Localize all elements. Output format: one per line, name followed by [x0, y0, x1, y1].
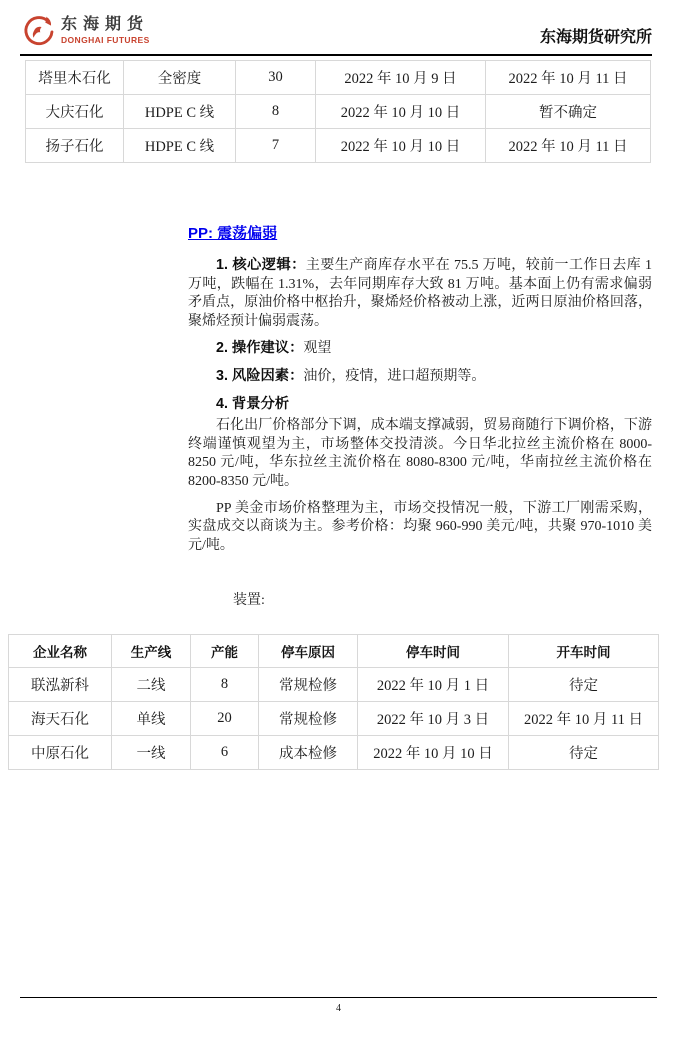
operation-advice-item: 2. 操作建议：观望 [188, 339, 652, 359]
column-header: 产能 [191, 635, 259, 668]
table-cell: 待定 [509, 668, 659, 702]
page-footer: 4 [20, 997, 657, 1016]
brand-name-en: DONGHAI FUTURES [61, 36, 150, 45]
table-row: 海天石化单线20常规检修2022 年 10 月 3 日2022 年 10 月 1… [9, 702, 659, 736]
table-cell: 20 [191, 702, 259, 736]
table-cell: HDPE C 线 [124, 95, 236, 129]
table-cell: 2022 年 10 月 1 日 [358, 668, 509, 702]
column-header: 停车原因 [259, 635, 358, 668]
table-row: 大庆石化HDPE C 线82022 年 10 月 10 日暂不确定 [26, 95, 651, 129]
background-analysis-item: 4. 背景分析 [188, 395, 652, 415]
table-cell: 常规检修 [259, 668, 358, 702]
brand-logo: 东海期货 DONGHAI FUTURES [20, 13, 150, 49]
table-cell: 2022 年 10 月 11 日 [509, 702, 659, 736]
table-cell: 单线 [112, 702, 191, 736]
column-header: 企业名称 [9, 635, 112, 668]
table-cell: HDPE C 线 [124, 129, 236, 163]
table-cell: 海天石化 [9, 702, 112, 736]
donghai-phoenix-logo-icon [20, 13, 56, 49]
operation-advice-label: 2. 操作建议： [216, 340, 303, 356]
risk-factor-item: 3. 风险因素：油价，疫情，进口超预期等。 [188, 367, 652, 387]
column-header: 生产线 [112, 635, 191, 668]
core-logic-item: 1. 核心逻辑：主要生产商库存水平在 75.5 万吨，较前一工作日去库 1 万吨… [188, 256, 652, 331]
device-label: 装置: [233, 589, 652, 609]
table-cell: 7 [236, 129, 316, 163]
table-cell: 塔里木石化 [26, 61, 124, 95]
table-cell: 扬子石化 [26, 129, 124, 163]
table-cell: 8 [236, 95, 316, 129]
table-cell: 全密度 [124, 61, 236, 95]
background-paragraph-domestic: 石化出厂价格部分下调，成本端支撑减弱，贸易商随行下调价格，下游终端谨慎观望为主，… [188, 417, 652, 491]
table-cell: 一线 [112, 736, 191, 770]
column-header: 开车时间 [509, 635, 659, 668]
table-cell: 联泓新科 [9, 668, 112, 702]
column-header: 停车时间 [358, 635, 509, 668]
table-cell: 2022 年 10 月 11 日 [486, 61, 651, 95]
institute-name: 东海期货研究所 [540, 24, 652, 49]
table-row: 塔里木石化全密度302022 年 10 月 9 日2022 年 10 月 11 … [26, 61, 651, 95]
operation-advice-text: 观望 [303, 341, 331, 356]
section-title-pp-link[interactable]: PP: 震荡偏弱 [188, 222, 277, 243]
table-header-row: 企业名称生产线产能停车原因停车时间开车时间 [9, 635, 659, 668]
pe-shutdown-table-continued: 塔里木石化全密度302022 年 10 月 9 日2022 年 10 月 11 … [25, 60, 651, 163]
table-cell: 6 [191, 736, 259, 770]
pp-device-table: 企业名称生产线产能停车原因停车时间开车时间 联泓新科二线8常规检修2022 年 … [8, 634, 659, 770]
table-cell: 2022 年 10 月 10 日 [358, 736, 509, 770]
table-cell: 8 [191, 668, 259, 702]
table-cell: 成本检修 [259, 736, 358, 770]
risk-factor-text: 油价，疫情，进口超预期等。 [303, 369, 485, 384]
table-cell: 2022 年 10 月 3 日 [358, 702, 509, 736]
table-cell: 2022 年 10 月 10 日 [316, 129, 486, 163]
table-cell: 大庆石化 [26, 95, 124, 129]
table-cell: 中原石化 [9, 736, 112, 770]
brand-text: 东海期货 DONGHAI FUTURES [61, 17, 150, 45]
document-page: 东海期货 DONGHAI FUTURES 东海期货研究所 塔里木石化全密度302… [0, 0, 685, 1057]
table-cell: 2022 年 10 月 11 日 [486, 129, 651, 163]
report-masthead: 东海期货 DONGHAI FUTURES 东海期货研究所 [20, 0, 652, 56]
core-logic-label: 1. 核心逻辑： [216, 257, 306, 273]
table-cell: 常规检修 [259, 702, 358, 736]
brand-name-cn: 东海期货 [61, 17, 150, 33]
table-cell: 2022 年 10 月 10 日 [316, 95, 486, 129]
table-cell: 暂不确定 [486, 95, 651, 129]
table-cell: 待定 [509, 736, 659, 770]
table-cell: 30 [236, 61, 316, 95]
risk-factor-label: 3. 风险因素： [216, 368, 303, 384]
table-cell: 二线 [112, 668, 191, 702]
page-number: 4 [336, 1003, 341, 1015]
table-row: 中原石化一线6成本检修2022 年 10 月 10 日待定 [9, 736, 659, 770]
background-analysis-label: 4. 背景分析 [216, 396, 289, 412]
table-row: 联泓新科二线8常规检修2022 年 10 月 1 日待定 [9, 668, 659, 702]
table-cell: 2022 年 10 月 9 日 [316, 61, 486, 95]
background-paragraph-usd: PP 美金市场价格整理为主，市场交投情况一般，下游工厂刚需采购，实盘成交以商谈为… [188, 500, 652, 556]
table-row: 扬子石化HDPE C 线72022 年 10 月 10 日2022 年 10 月… [26, 129, 651, 163]
